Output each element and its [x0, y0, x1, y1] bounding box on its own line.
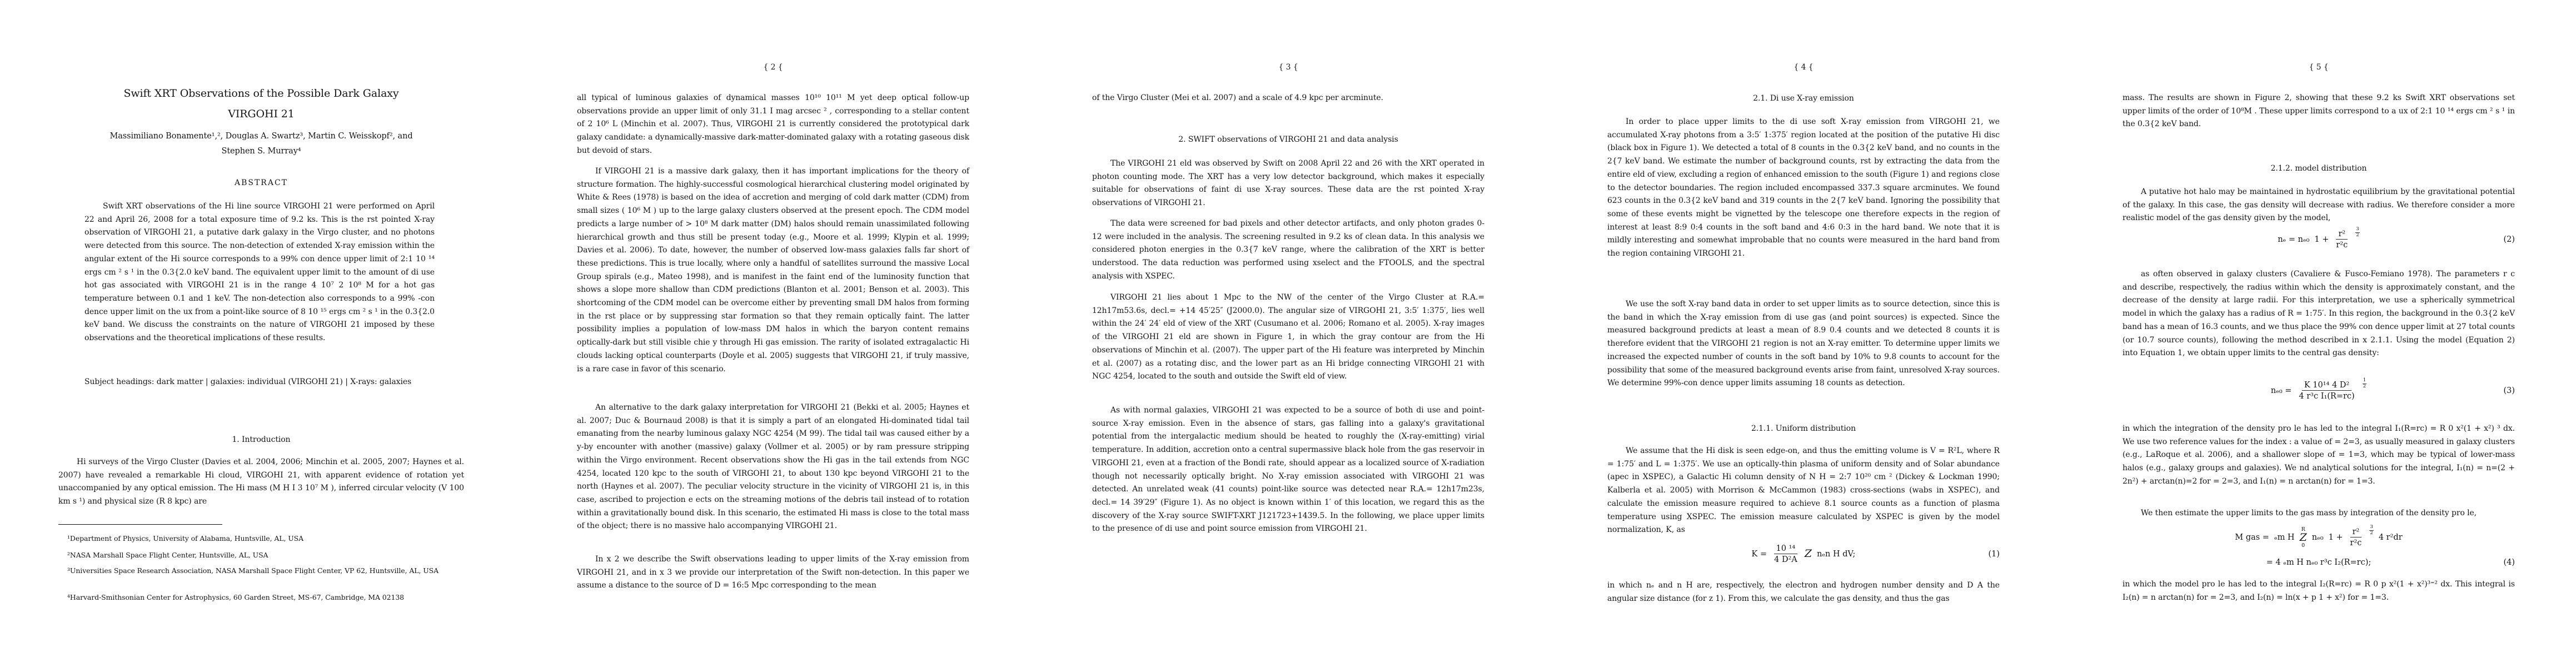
page-3: { 3 { of the Virgo Cluster (Mei et al. 2…	[1030, 0, 1546, 667]
p4-paragraph-1: In order to place upper limits to the di…	[1607, 116, 2000, 261]
document-canvas: { "watermark": "arXiv:0805.1665v2 [astro…	[0, 0, 2576, 667]
p2-paragraph-2: If VIRGOHI 21 is a massive dark galaxy, …	[577, 165, 969, 376]
page-5-number: { 5 {	[2122, 61, 2515, 74]
p5-paragraph-2: A putative hot halo may be maintained in…	[2122, 186, 2515, 225]
eq3-number: (3)	[2503, 386, 2515, 396]
abstract-heading: ABSTRACT	[58, 177, 464, 190]
eq2-open: 1 +	[2314, 235, 2329, 245]
p2-paragraph-1: all typical of luminous galaxies of dyna…	[577, 92, 969, 158]
eq1-denominator: 4 D²A	[1772, 554, 1800, 565]
page-5: { 5 { mass. The results are shown in Fig…	[2061, 0, 2576, 667]
p2-paragraph-4: In x 2 we describe the Swift observation…	[577, 553, 969, 593]
eq1-rhs: nₑn H dV;	[1817, 549, 1855, 559]
eq4-exponent: 3 2	[2369, 525, 2373, 536]
integral-lower-limit: 0	[2301, 543, 2305, 549]
authors-line-1: Massimiliano Bonamente¹,², Douglas A. Sw…	[58, 130, 464, 143]
p5-paragraph-3: as often observed in galaxy clusters (Ca…	[2122, 268, 2515, 360]
eq2-numerator: r²	[2336, 229, 2348, 240]
abstract-text: Swift XRT observations of the Hi line so…	[84, 200, 435, 345]
eq2-fraction: r² r²c	[2334, 229, 2350, 250]
eq4-numerator: r²	[2350, 527, 2362, 537]
p2-paragraph-3: An alternative to the dark galaxy interp…	[577, 401, 969, 533]
eq4-lhs: M gas =	[2235, 532, 2269, 542]
subsection-2-1-heading: 2.1. Di use X-ray emission	[1607, 92, 2000, 106]
p3-paragraph-1: The VIRGOHI 21 eld was observed by Swift…	[1092, 157, 1484, 210]
paper-title-line-1: Swift XRT Observations of the Possible D…	[58, 85, 464, 102]
eq4-mu-term: ₑm H	[2274, 532, 2295, 542]
integral-with-limits: R Z 0	[2300, 527, 2307, 548]
eq4-ne0: nₑ₀	[2312, 532, 2324, 542]
eq4-denominator: r²c	[2348, 537, 2364, 548]
equation-2: nₑ = nₑ₀ 1 + r² r²c 3 2 (2)	[2122, 229, 2515, 250]
eq4-line2: = 4 ₑm H nₑ₀ r³c I₂(R=rc);	[2266, 558, 2371, 568]
eq4-number: (4)	[2503, 558, 2515, 568]
eq2-denominator: r²c	[2334, 240, 2350, 250]
page-3-number: { 3 {	[1092, 61, 1484, 74]
authors-line-2: Stephen S. Murray⁴	[58, 145, 464, 158]
footnote-2: ²NASA Marshall Space Flight Center, Hunt…	[58, 549, 464, 561]
footnote-4: ⁴Harvard-Smithsonian Center for Astrophy…	[58, 591, 464, 603]
p3-paragraph-2: The data were screened for bad pixels an…	[1092, 217, 1484, 283]
subsubsection-2-1-2-heading: 2.1.2. model distribution	[2122, 162, 2515, 176]
eq3-exponent: 1 2	[2363, 378, 2366, 390]
section-2-heading: 2. SWIFT observations of VIRGOHI 21 and …	[1092, 133, 1484, 147]
page-2: { 2 { all typical of luminous galaxies o…	[515, 0, 1030, 667]
eq3-numerator: K 10¹⁴ 4 D²	[2302, 380, 2351, 391]
paper-title-line-2: VIRGOHI 21	[58, 106, 464, 122]
footnote-1: ¹Department of Physics, University of Al…	[58, 532, 464, 544]
footnote-rule	[58, 524, 222, 525]
page-1: Swift XRT Observations of the Possible D…	[0, 0, 515, 667]
p4-paragraph-3: We assume that the Hi disk is seen edge-…	[1607, 445, 2000, 537]
eq2-lhs: nₑ = nₑ₀	[2278, 235, 2309, 245]
p4-paragraph-4: in which nₑ and n H are, respectively, t…	[1607, 579, 2000, 605]
eq3-lhs: nₑ₀ =	[2271, 386, 2292, 396]
integral-sign: Z	[2300, 533, 2307, 542]
equation-1: K = 10 ¹⁴ 4 D²A Z nₑn H dV; (1)	[1607, 544, 2000, 565]
footnote-3: ³Universities Space Research Association…	[58, 565, 464, 576]
eq4-fraction: r² r²c	[2348, 527, 2364, 548]
eq2-number: (2)	[2503, 235, 2515, 245]
subject-headings: Subject headings: dark matter | galaxies…	[84, 376, 435, 389]
eq1-numerator: 10 ¹⁴	[1774, 544, 1798, 554]
eq3-denominator: 4 r³c I₁(R=rc)	[2296, 391, 2356, 401]
page-4: { 4 { 2.1. Di use X-ray emission In orde…	[1546, 0, 2061, 667]
eq1-lhs: K =	[1752, 549, 1767, 559]
p5-paragraph-4: in which the integration of the density …	[2122, 422, 2515, 489]
equation-4-line-2: = 4 ₑm H nₑ₀ r³c I₂(R=rc); (4)	[2122, 558, 2515, 568]
p5-paragraph-5: We then estimate the upper limits to the…	[2122, 507, 2515, 520]
eq1-number: (1)	[1988, 549, 2000, 559]
intro-paragraph: Hi surveys of the Virgo Cluster (Davies …	[58, 456, 464, 509]
p3-paragraph-3: VIRGOHI 21 lies about 1 Mpc to the NW of…	[1092, 291, 1484, 384]
eq2-exponent: 3 2	[2355, 227, 2359, 238]
equation-4-line-1: M gas = ₑm H R Z 0 nₑ₀ 1 + r² r²c 3 2 4 …	[2122, 527, 2515, 548]
page-2-number: { 2 {	[577, 61, 969, 74]
p4-paragraph-2: We use the soft X-ray band data in order…	[1607, 298, 2000, 390]
page-4-number: { 4 {	[1607, 61, 2000, 74]
p5-paragraph-6: in which the model pro le has led to the…	[2122, 578, 2515, 604]
integral-sign: Z	[1805, 547, 1812, 561]
equation-3: nₑ₀ = K 10¹⁴ 4 D² 4 r³c I₁(R=rc) 1 2 (3)	[2122, 380, 2515, 401]
p3-continuation-line: of the Virgo Cluster (Mei et al. 2007) a…	[1092, 92, 1484, 105]
eq1-fraction: 10 ¹⁴ 4 D²A	[1772, 544, 1800, 565]
p5-paragraph-1: mass. The results are shown in Figure 2,…	[2122, 92, 2515, 131]
eq4-open: 1 +	[2329, 532, 2343, 542]
eq3-fraction: K 10¹⁴ 4 D² 4 r³c I₁(R=rc)	[2296, 380, 2356, 401]
eq4-tail: 4 r²dr	[2379, 532, 2403, 542]
section-1-heading: 1. Introduction	[58, 434, 464, 447]
subsubsection-2-1-1-heading: 2.1.1. Uniform distribution	[1607, 422, 2000, 436]
p3-paragraph-4: As with normal galaxies, VIRGOHI 21 was …	[1092, 404, 1484, 536]
